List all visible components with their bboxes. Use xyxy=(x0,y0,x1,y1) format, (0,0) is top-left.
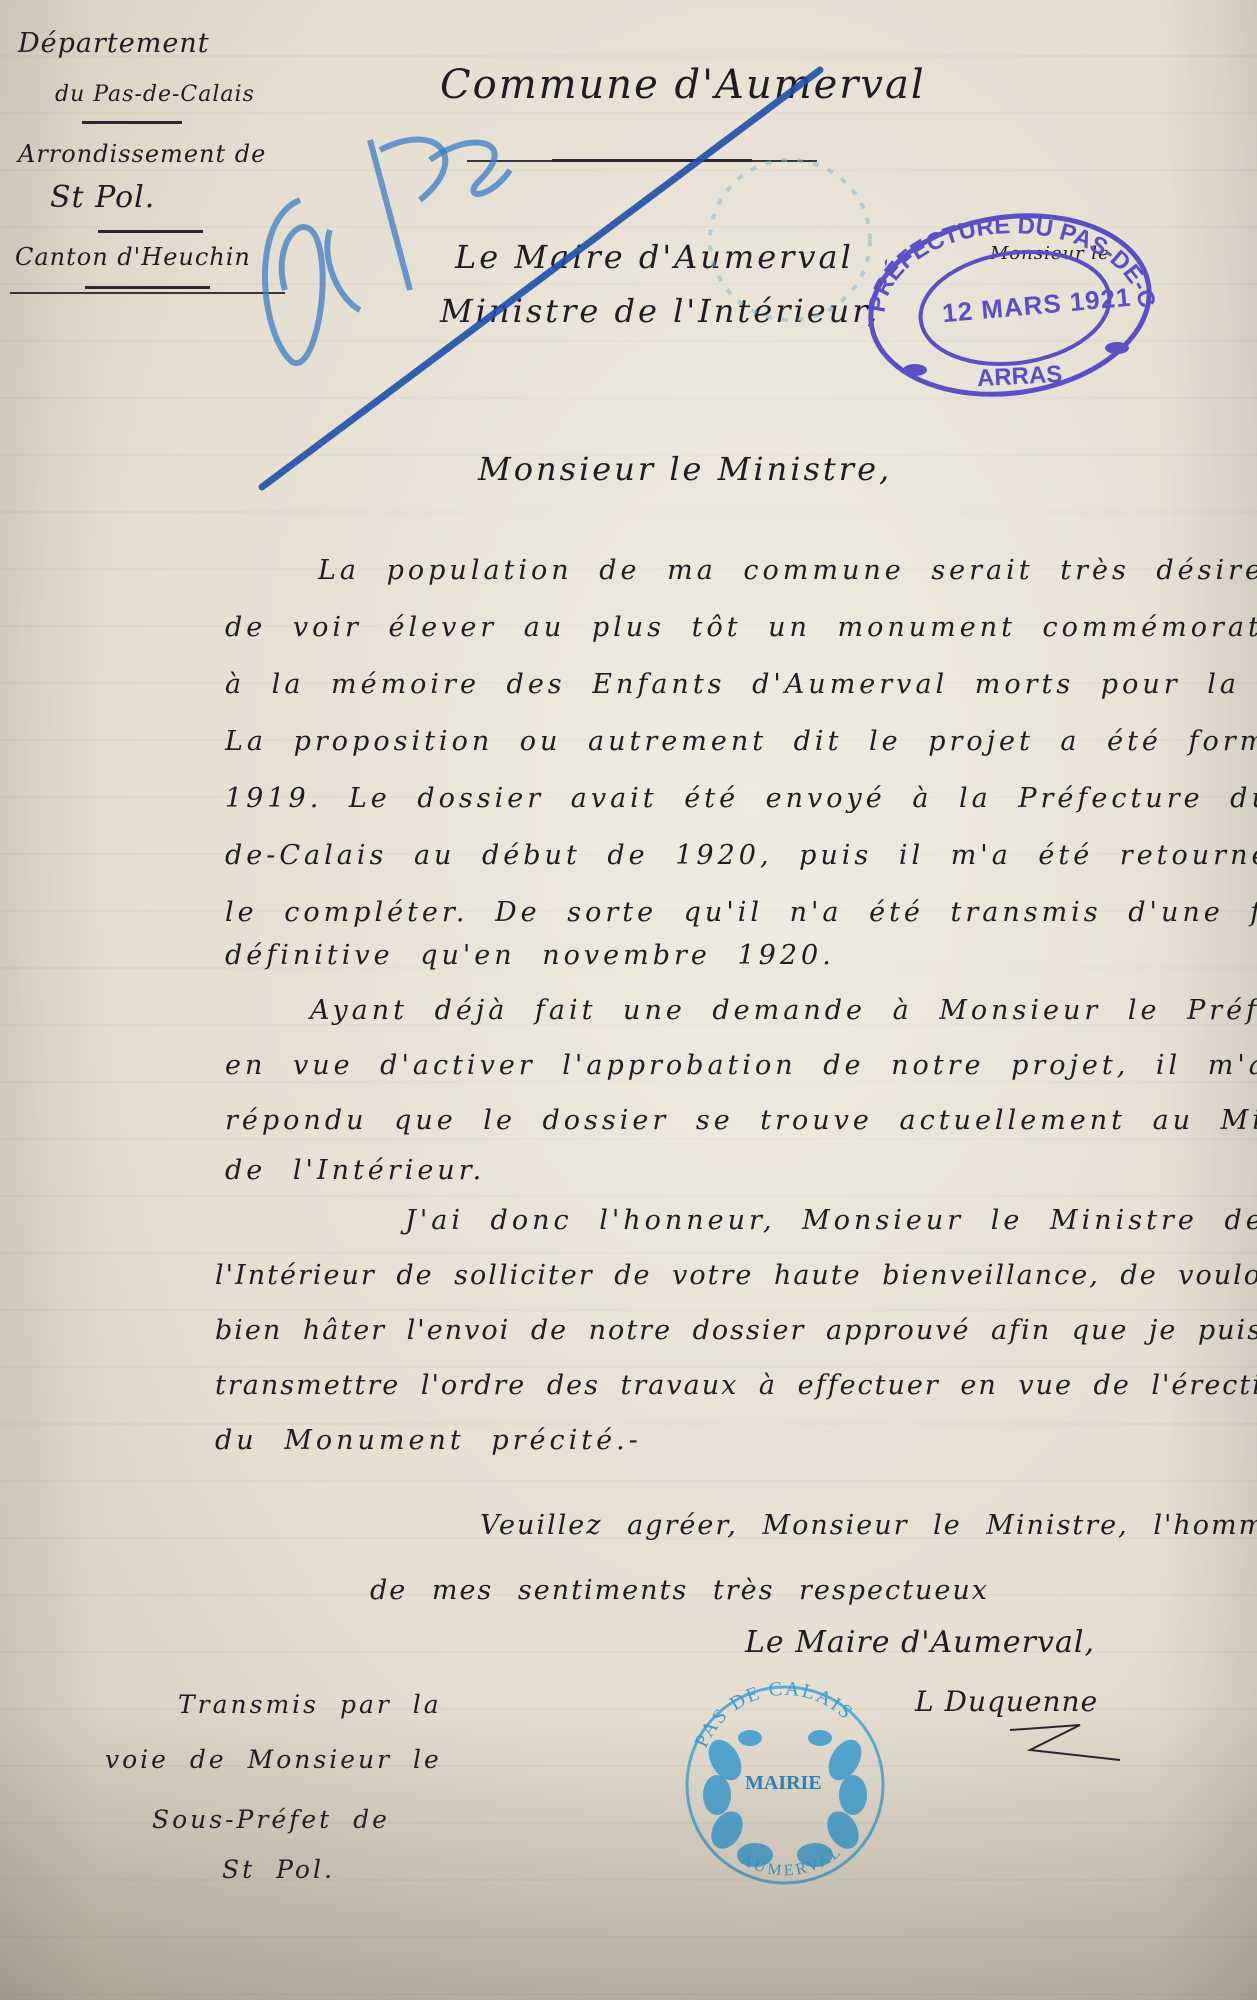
body-line: de-Calais au début de 1920, puis il m'a … xyxy=(225,840,1257,871)
transmission-note-line: Transmis par la xyxy=(178,1690,442,1719)
signature-flourish xyxy=(990,1720,1190,1780)
body-line: La proposition ou autrement dit le proje… xyxy=(225,726,1257,757)
salutation: Monsieur le Ministre, xyxy=(478,450,892,488)
body-line: bien hâter l'envoi de notre dossier appr… xyxy=(215,1315,1257,1346)
prefecture-stamp-city: ARRAS xyxy=(976,361,1063,393)
body-line: du Monument précité.- xyxy=(215,1425,642,1456)
transmission-note-line: Sous-Préfet de xyxy=(152,1805,390,1834)
body-line: de l'Intérieur. xyxy=(225,1155,485,1186)
prefecture-stamp: PRÉFECTURE DU PAS-DE-CALAIS 12 MARS 1921… xyxy=(855,200,1165,400)
body-line: l'Intérieur de solliciter de votre haute… xyxy=(215,1260,1257,1291)
transmission-note-line: voie de Monsieur le xyxy=(105,1745,442,1774)
body-line: en vue d'activer l'approbation de notre … xyxy=(225,1050,1257,1081)
signature-name: L Duquenne xyxy=(915,1685,1098,1718)
body-line: transmettre l'ordre des travaux à effect… xyxy=(215,1370,1257,1401)
mairie-stamp-center: MAIRIE xyxy=(745,1772,822,1795)
body-line: 1919. Le dossier avait été envoyé à la P… xyxy=(225,783,1257,814)
svg-text:PAS DE CALAIS: PAS DE CALAIS xyxy=(690,1678,857,1751)
body-line: Ayant déjà fait une demande à Monsieur l… xyxy=(310,995,1257,1026)
body-line: J'ai donc l'honneur, Monsieur le Ministr… xyxy=(405,1205,1257,1236)
letter-page: Département du Pas-de-Calais Arrondissem… xyxy=(0,0,1257,2000)
mairie-stamp: PAS DE CALAIS AUMERVAL MAIRIE xyxy=(665,1670,905,1910)
closing-line: de mes sentiments très respectueux xyxy=(370,1575,989,1606)
body-line: répondu que le dossier se trouve actuell… xyxy=(225,1105,1257,1136)
signature-title: Le Maire d'Aumerval, xyxy=(745,1625,1095,1660)
body-line: le compléter. De sorte qu'il n'a été tra… xyxy=(225,897,1257,928)
transmission-note-line: St Pol. xyxy=(222,1855,335,1884)
body-line: définitive qu'en novembre 1920. xyxy=(225,940,835,971)
body-line: à la mémoire des Enfants d'Aumerval mort… xyxy=(225,669,1257,700)
body-line: de voir élever au plus tôt un monument c… xyxy=(225,612,1257,643)
body-line: La population de ma commune serait très … xyxy=(318,555,1257,586)
closing-line: Veuillez agréer, Monsieur le Ministre, l… xyxy=(480,1510,1257,1541)
